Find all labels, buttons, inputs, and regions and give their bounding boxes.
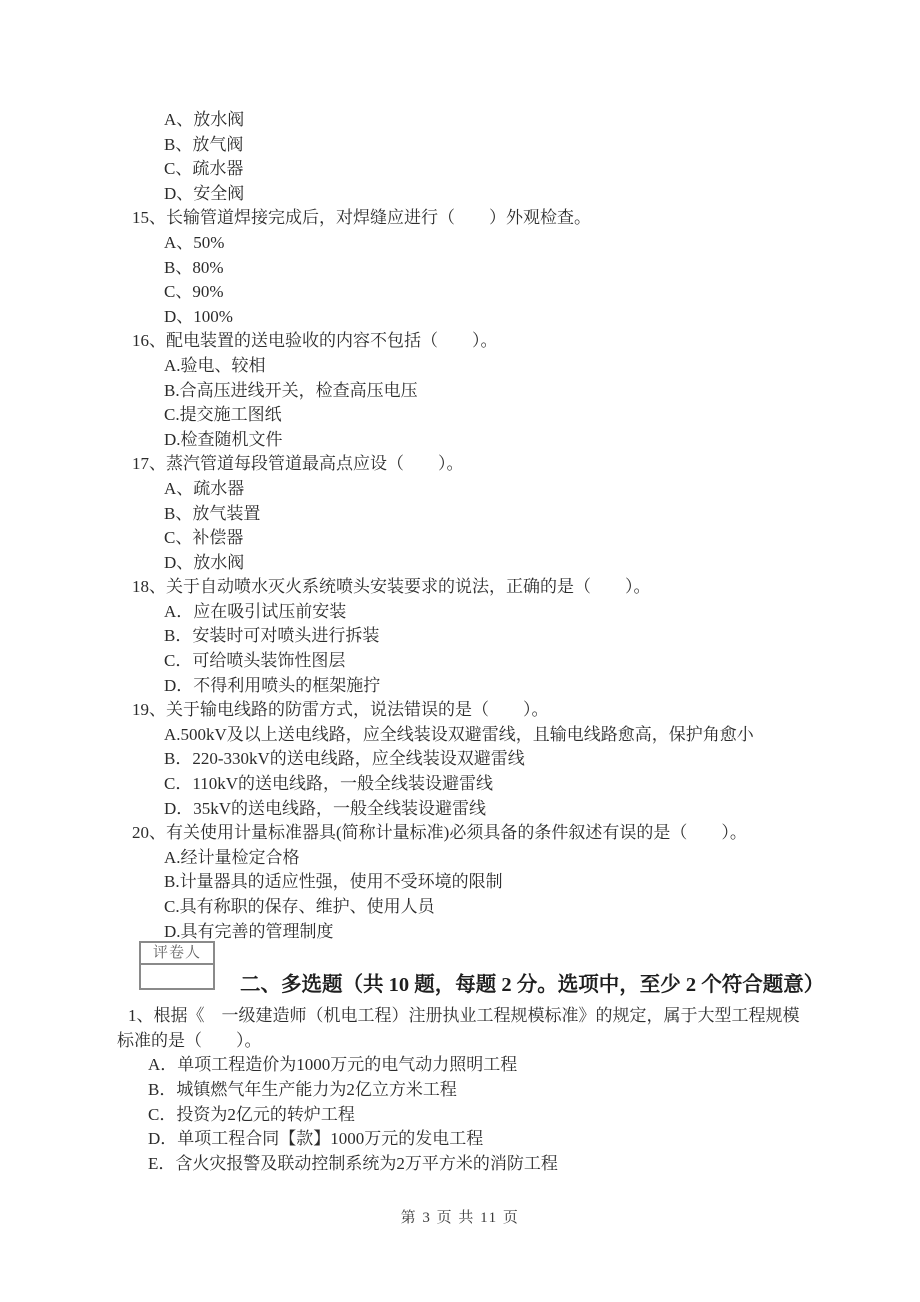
question-line: 18、关于自动喷水灭火系统喷头安装要求的说法，正确的是（ ）。 xyxy=(132,575,920,600)
option-line: B、80% xyxy=(164,256,920,281)
page-footer: 第 3 页 共 11 页 xyxy=(0,1206,920,1227)
section-heading: 二、多选题（共 10 题，每题 2 分。选项中，至少 2 个符合题意） xyxy=(240,972,824,998)
option-line: C．110kV的送电线路，一般全线装设避雷线 xyxy=(164,772,920,797)
option-line: D、100% xyxy=(164,305,920,330)
option-line: A.经计量检定合格 xyxy=(164,846,920,871)
question-line: 20、有关使用计量标准器具(简称计量标准)必须具备的条件叙述有误的是（ ）。 xyxy=(132,821,920,846)
option-line: B、放气装置 xyxy=(164,502,920,527)
option-line: A．应在吸引试压前安装 xyxy=(164,600,920,625)
option-line: D．35kV的送电线路，一般全线装设避雷线 xyxy=(164,797,920,822)
option-line: C、补偿器 xyxy=(164,526,920,551)
option-line: A.500kV及以上送电线路，应全线装设双避雷线，且输电线路愈高，保护角愈小 xyxy=(164,723,920,748)
grader-box: 评卷人 xyxy=(139,941,215,990)
option-line: D、安全阀 xyxy=(164,182,920,207)
option-line: C.提交施工图纸 xyxy=(164,403,920,428)
option-line: A、50% xyxy=(164,231,920,256)
option-line: B.计量器具的适应性强，使用不受环境的限制 xyxy=(164,870,920,895)
option-line: A、放水阀 xyxy=(164,108,920,133)
exam-page: A、放水阀 B、放气阀 C、疏水器 D、安全阀 15、长输管道焊接完成后，对焊缝… xyxy=(0,0,920,1302)
option-line: B．220-330kV的送电线路，应全线装设双避雷线 xyxy=(164,747,920,772)
option-line: E．含火灾报警及联动控制系统为2万平方米的消防工程 xyxy=(148,1152,920,1177)
option-line: C．投资为2亿元的转炉工程 xyxy=(148,1103,920,1128)
option-line: B、放气阀 xyxy=(164,133,920,158)
option-line: B．城镇燃气年生产能力为2亿立方米工程 xyxy=(148,1078,920,1103)
question-line: 1、根据《 一级建造师（机电工程）注册执业工程规模标准》的规定，属于大型工程规模… xyxy=(117,1004,920,1053)
option-line: C、90% xyxy=(164,280,920,305)
option-line: A.验电、较相 xyxy=(164,354,920,379)
question-line: 15、长输管道焊接完成后，对焊缝应进行（ ）外观检查。 xyxy=(132,206,920,231)
question-line: 16、配电装置的送电验收的内容不包括（ ）。 xyxy=(132,329,920,354)
option-line: C.具有称职的保存、维护、使用人员 xyxy=(164,895,920,920)
option-line: D.检查随机文件 xyxy=(164,428,920,453)
grader-box-label: 评卷人 xyxy=(141,943,213,965)
exam-content: A、放水阀 B、放气阀 C、疏水器 D、安全阀 15、长输管道焊接完成后，对焊缝… xyxy=(0,108,920,1176)
option-line: C、疏水器 xyxy=(164,157,920,182)
question-line: 19、关于输电线路的防雷方式，说法错误的是（ ）。 xyxy=(132,698,920,723)
option-line: D．单项工程合同【款】1000万元的发电工程 xyxy=(148,1127,920,1152)
option-line: D、放水阀 xyxy=(164,551,920,576)
option-line: B.合高压进线开关，检查高压电压 xyxy=(164,379,920,404)
option-line: A．单项工程造价为1000万元的电气动力照明工程 xyxy=(148,1053,920,1078)
option-line: B．安装时可对喷头进行拆装 xyxy=(164,624,920,649)
grader-box-empty-cell xyxy=(141,965,213,986)
question-line: 17、蒸汽管道每段管道最高点应设（ ）。 xyxy=(132,452,920,477)
option-line: D．不得利用喷头的框架施拧 xyxy=(164,674,920,699)
option-line: A、疏水器 xyxy=(164,477,920,502)
option-line: C．可给喷头装饰性图层 xyxy=(164,649,920,674)
grader-row: 评卷人 二、多选题（共 10 题，每题 2 分。选项中，至少 2 个符合题意） xyxy=(0,941,920,990)
